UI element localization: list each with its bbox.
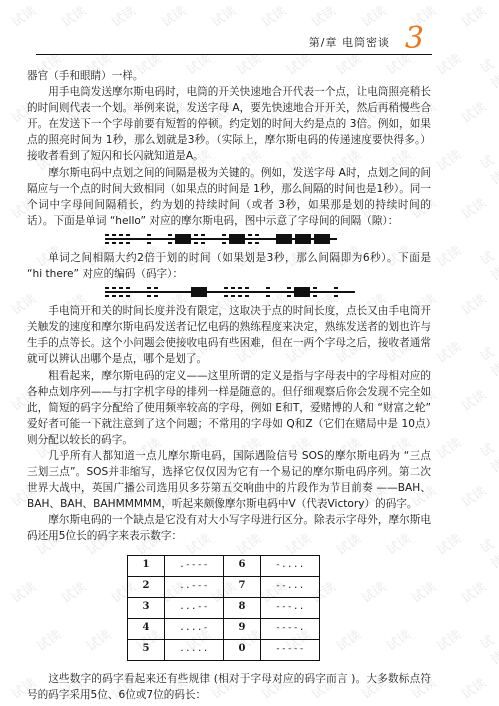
digit-cell: 7 — [224, 576, 261, 597]
watermark-text: 试读 — [457, 480, 489, 510]
morse-dot — [147, 287, 151, 297]
morse-dot — [245, 287, 249, 297]
morse-dash — [314, 234, 330, 244]
paragraph: 器官（手和眼睛）一样。 — [27, 68, 431, 84]
digit-cell: 1 — [128, 555, 165, 576]
watermark-text: 试读 — [457, 0, 489, 30]
watermark-text: 试读 — [432, 144, 464, 174]
morse-dot — [255, 234, 259, 244]
morse-dot — [238, 287, 242, 297]
paragraph: 单词之间相隔大约2倍于划的时间（如果划是3秒，那么间隔即为6秒）。下面是 “hi… — [27, 250, 431, 282]
paragraph: 这些数字的码字看起来还有些规律 (相对于字母对应的码字而言 )。大多数标点符号的… — [27, 671, 431, 703]
paragraph: 用手电筒发送摩尔斯电码时，电筒的开关快速地合开代表一个点，让电筒照亮稍长的时间则… — [27, 84, 431, 164]
code-cell: -.... — [261, 555, 320, 576]
morse-dash — [175, 234, 191, 244]
digit-cell: 0 — [224, 639, 261, 660]
watermark-text: 试读 — [475, 629, 499, 668]
digit-morse-table: 1.----6-.... 2..---7--... 3...--8---.. 4… — [127, 555, 320, 661]
morse-dot — [119, 287, 123, 297]
morse-dot — [266, 287, 270, 297]
morse-dot — [313, 287, 317, 297]
digit-cell: 2 — [128, 576, 165, 597]
code-cell: ...-- — [165, 597, 224, 618]
watermark-text: 试读 — [457, 576, 489, 606]
watermark-text: 试读 — [457, 384, 489, 414]
watermark-text: 试读 — [475, 341, 499, 380]
morse-dot — [287, 287, 291, 297]
watermark-text: 试读 — [475, 53, 499, 92]
digit-cell: 4 — [128, 618, 165, 639]
morse-dash — [191, 287, 207, 297]
morse-dot — [194, 234, 198, 244]
table-row: 5.....0----- — [128, 639, 320, 660]
code-cell: --... — [261, 576, 320, 597]
morse-dot — [147, 234, 151, 244]
table-row: 3...--8---.. — [128, 597, 320, 618]
watermark-text: 试读 — [432, 624, 464, 654]
table-row: 2..---7--... — [128, 576, 320, 597]
morse-figure-hi-there — [27, 285, 355, 299]
code-cell: ..... — [165, 639, 224, 660]
table-row: 4....-9----. — [128, 618, 320, 639]
morse-dot — [105, 234, 109, 244]
morse-dot — [201, 234, 205, 244]
code-cell: ----. — [261, 618, 320, 639]
morse-dash — [276, 234, 292, 244]
digit-cell: 3 — [128, 597, 165, 618]
morse-dot — [112, 234, 116, 244]
paragraph: 摩尔斯电码的一个缺点是它没有对大小写字母进行区分。除表示字母外，摩尔斯电码还用5… — [27, 512, 431, 544]
chapter-number: 3 — [405, 21, 424, 56]
watermark-text: 试读 — [475, 245, 499, 284]
morse-dot — [154, 287, 158, 297]
morse-dot — [126, 287, 130, 297]
paragraph: 粗看起来，摩尔斯电码的定义——这里所谓的定义是指与字母表中的字母相对应的各种点划… — [27, 368, 431, 448]
digit-cell: 8 — [224, 597, 261, 618]
watermark-text: 试读 — [475, 437, 499, 476]
morse-dot — [224, 287, 228, 297]
morse-strip-hi-there — [105, 285, 355, 299]
watermark-text: 试读 — [7, 0, 39, 30]
strip-baseline — [105, 291, 355, 293]
code-cell: ---.. — [261, 597, 320, 618]
code-cell: ....- — [165, 618, 224, 639]
digit-cell: 5 — [128, 639, 165, 660]
watermark-text: 试读 — [432, 528, 464, 558]
paragraph: 摩尔斯电码中点划之间的间隔是极为关键的。例如，发送字母 A时，点划之间的间隔应与… — [27, 165, 431, 229]
morse-dot — [248, 234, 252, 244]
morse-dash — [295, 234, 311, 244]
page-header: 第/章 电筒密谈 3 — [36, 26, 432, 55]
watermark-text: 试读 — [432, 48, 464, 78]
code-cell: .---- — [165, 555, 224, 576]
morse-dot — [222, 234, 226, 244]
morse-figure-hello — [27, 232, 337, 246]
watermark-text: 试读 — [432, 432, 464, 462]
morse-dot — [105, 287, 109, 297]
watermark-text: 试读 — [475, 149, 499, 188]
watermark-text: 试读 — [457, 288, 489, 318]
watermark-text: 试读 — [457, 96, 489, 126]
code-cell: ----- — [261, 639, 320, 660]
watermark-text: 试读 — [432, 240, 464, 270]
morse-dot — [168, 234, 172, 244]
morse-dot — [119, 234, 123, 244]
table-row: 1.----6-.... — [128, 555, 320, 576]
watermark-text: 试读 — [457, 672, 489, 702]
watermark-text: 试读 — [432, 336, 464, 366]
paragraph: 几乎所有人都知道一点儿摩尔斯电码，国际遇险信号 SOS的摩尔斯电码为 “三点三划… — [27, 448, 431, 512]
chapter-title: 第/章 电筒密谈 — [309, 34, 390, 50]
watermark-text: 试读 — [457, 192, 489, 222]
morse-strip-hello — [105, 232, 337, 246]
morse-dash — [229, 234, 245, 244]
morse-dot — [231, 287, 235, 297]
morse-dot — [112, 287, 116, 297]
morse-dot — [126, 234, 130, 244]
morse-dot — [334, 287, 338, 297]
page-body: 器官（手和眼睛）一样。 用手电筒发送摩尔斯电码时，电筒的开关快速地合开代表一个点… — [27, 68, 431, 703]
digit-cell: 9 — [224, 618, 261, 639]
code-cell: ..--- — [165, 576, 224, 597]
digit-cell: 6 — [224, 555, 261, 576]
morse-dash — [294, 287, 310, 297]
watermark-text: 试读 — [475, 533, 499, 572]
paragraph: 手电筒开和关的时间长度并没有限定，这取决于点的时间长度，点长又由手电筒开关触发的… — [27, 303, 431, 367]
